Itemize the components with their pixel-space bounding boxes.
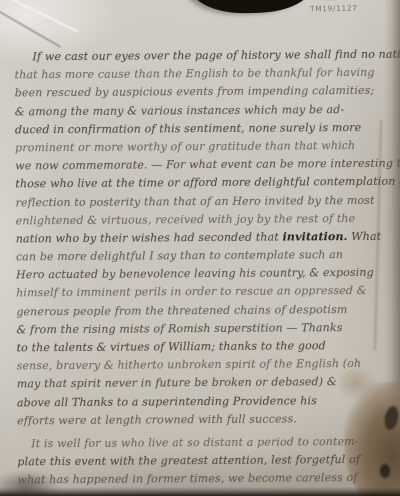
manuscript-lines: If we cast our eyes over the page of his…	[14, 46, 395, 490]
manuscript-line: what has happened in former times, we be…	[17, 469, 395, 490]
manuscript-line: we now commemorate. — For what event can…	[15, 155, 393, 176]
manuscript-line: enlightened & virtuous, received with jo…	[16, 209, 394, 230]
catalog-number: TM19/1127	[310, 4, 358, 14]
manuscript-line: may that spirit never in future be broke…	[17, 373, 395, 394]
manuscript-line: & from the rising mists of Romish supers…	[16, 318, 394, 339]
paper-crease-shadow	[0, 6, 61, 47]
manuscript-line: & among the many & various instances whi…	[15, 100, 393, 121]
top-edge-gap	[192, 0, 313, 15]
paper-crease	[0, 0, 79, 33]
emphasized-word: invitation.	[283, 230, 348, 243]
manuscript-line: It is well for us who live at so distant…	[17, 433, 395, 454]
manuscript-line: efforts were at length crowned with full…	[17, 409, 395, 430]
manuscript-page: TM19/1127 If we cast our eyes over the p…	[0, 0, 400, 496]
